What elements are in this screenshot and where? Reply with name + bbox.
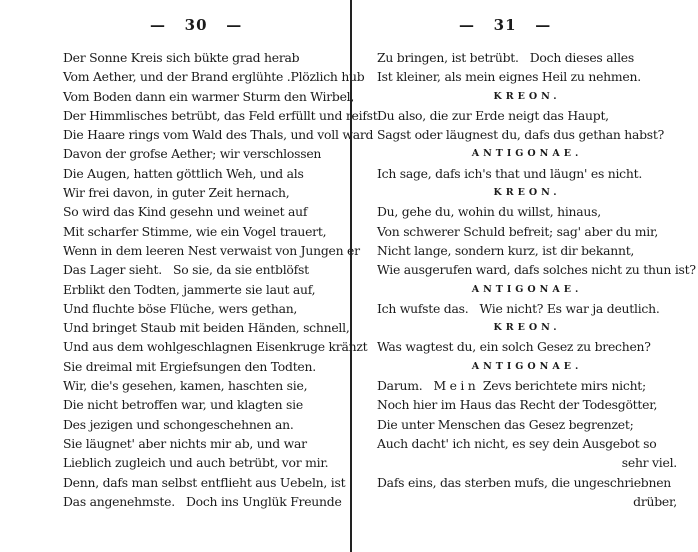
verse-line: Vom Aether, und der Brand erglühte .Plöz… (63, 67, 378, 86)
book-spread: — 30 — Der Sonne Kreis sich bükte grad h… (0, 0, 698, 552)
verse-line: Noch hier im Haus das Recht der Todesgöt… (377, 395, 677, 414)
verse-line: Wie ausgerufen ward, dafs solches nicht … (377, 260, 677, 279)
verse-line: Die Augen, hatten göttlich Weh, und als (63, 164, 378, 183)
verse-line: Du also, die zur Erde neigt das Haupt, (377, 106, 677, 125)
verse-line: Von schwerer Schuld befreit; sag' aber d… (377, 222, 677, 241)
verse-line: Der Sonne Kreis sich bükte grad herab (63, 48, 378, 67)
verse-line: Mit scharfer Stimme, wie ein Vogel traue… (63, 222, 378, 241)
verse-line: Die Haare rings vom Wald des Thals, und … (63, 125, 378, 144)
verse-line: Das angenehmste. Doch ins Unglük Freunde (63, 492, 378, 511)
verse-line: Und bringet Staub mit beiden Händen, sch… (63, 318, 378, 337)
verse-line: Lieblich zugleich und auch betrübt, vor … (63, 453, 378, 472)
verse-line: Erblikt den Todten, jammerte sie laut au… (63, 280, 378, 299)
verse-line: Zu bringen, ist betrübt. Doch dieses all… (377, 48, 677, 67)
right-page: — 31 — Zu bringen, ist betrübt. Doch die… (353, 0, 698, 552)
verse-line: Wir, die's gesehen, kamen, haschten sie, (63, 376, 378, 395)
verse-turnover: sehr viel. (377, 453, 698, 472)
speaker-heading: ANTIGONAE. (377, 357, 677, 376)
left-page-text: Der Sonne Kreis sich bükte grad herab Vo… (63, 48, 378, 511)
verse-line: Sagst oder läugnest du, dafs dus gethan … (377, 125, 677, 144)
speaker-heading: KREON. (377, 318, 677, 337)
verse-line: Das Lager sieht. So sie, da sie entblöfs… (63, 260, 378, 279)
verse-line: Wenn in dem leeren Nest verwaist von Jun… (63, 241, 378, 260)
verse-line: Was wagtest du, ein solch Gesez zu brech… (377, 337, 677, 356)
verse-line: Dafs eins, das sterben mufs, die ungesch… (377, 473, 677, 492)
page-number-right: — 31 — (459, 16, 551, 34)
right-page-text: Zu bringen, ist betrübt. Doch dieses all… (377, 48, 698, 511)
verse-line: Die unter Menschen das Gesez begrenzet; (377, 415, 677, 434)
verse-turnover: drüber, (377, 492, 698, 511)
verse-line: Auch dacht' ich nicht, es sey dein Ausge… (377, 434, 677, 453)
verse-line: Wir frei davon, in guter Zeit hernach, (63, 183, 378, 202)
verse-line: Davon der grofse Aether; wir verschlosse… (63, 144, 378, 163)
verse-line: Nicht lange, sondern kurz, ist dir bekan… (377, 241, 677, 260)
verse-line: Ist kleiner, als mein eignes Heil zu neh… (377, 67, 677, 86)
verse-line: Sie läugnet' aber nichts mir ab, und war (63, 434, 378, 453)
book-gutter-divider (350, 0, 352, 552)
speaker-heading: KREON. (377, 87, 677, 106)
verse-line: Der Himmlisches betrübt, das Feld erfüll… (63, 106, 378, 125)
speaker-heading: ANTIGONAE. (377, 144, 677, 163)
verse-line: Sie dreimal mit Ergiefsungen den Todten. (63, 357, 378, 376)
left-page: — 30 — Der Sonne Kreis sich bükte grad h… (0, 0, 350, 552)
verse-line: Ich sage, dafs ich's that und läugn' es … (377, 164, 677, 183)
verse-line: Du, gehe du, wohin du willst, hinaus, (377, 202, 677, 221)
verse-line: Und fluchte böse Flüche, wers gethan, (63, 299, 378, 318)
verse-line: Ich wufste das. Wie nicht? Es war ja deu… (377, 299, 677, 318)
page-number-left: — 30 — (150, 16, 242, 34)
verse-line: Die nicht betroffen war, und klagten sie (63, 395, 378, 414)
verse-line: Vom Boden dann ein warmer Sturm den Wirb… (63, 87, 378, 106)
verse-line: Denn, dafs man selbst entflieht aus Uebe… (63, 473, 378, 492)
verse-line: Darum. M e i n Zevs berichtete mirs nich… (377, 376, 677, 395)
verse-line: So wird das Kind gesehn und weinet auf (63, 202, 378, 221)
verse-line: Und aus dem wohlgeschlagnen Eisenkruge k… (63, 337, 378, 356)
speaker-heading: ANTIGONAE. (377, 280, 677, 299)
verse-line: Des jezigen und schongeschehnen an. (63, 415, 378, 434)
speaker-heading: KREON. (377, 183, 677, 202)
